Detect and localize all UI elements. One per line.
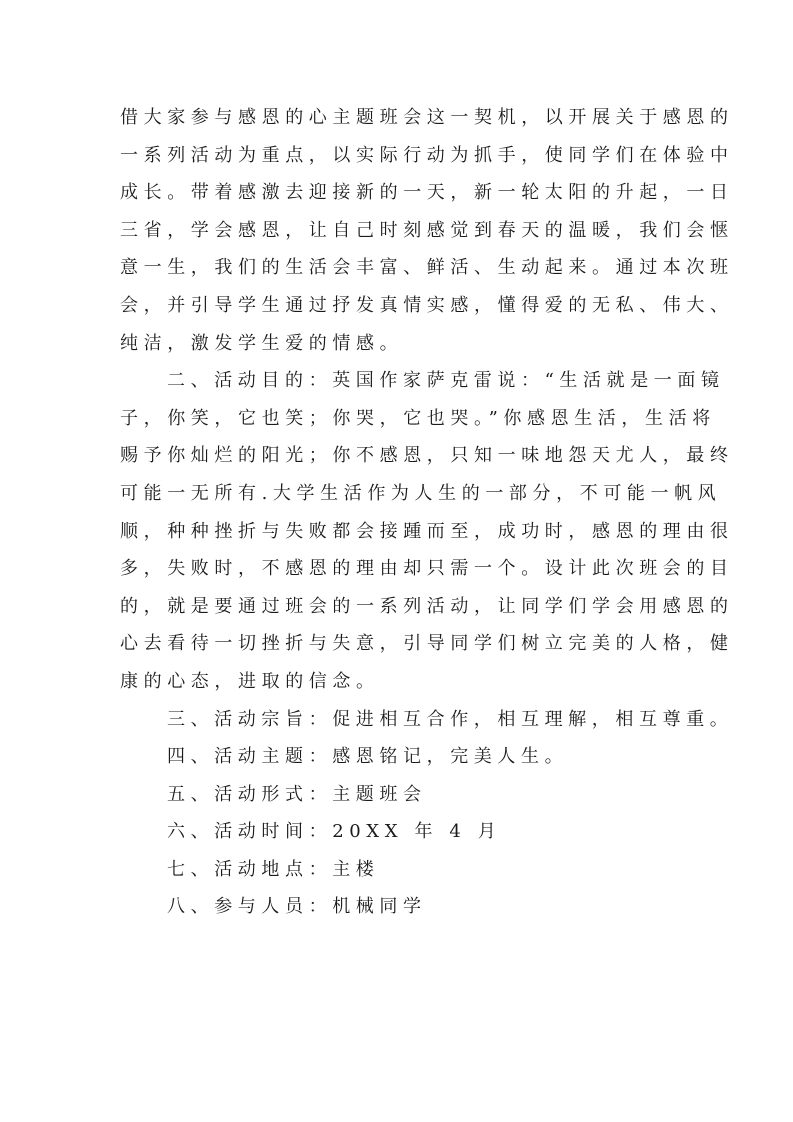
paragraph-line: 三省，学会感恩，让自己时刻感觉到春天的温暖，我们会惬 <box>120 212 676 250</box>
section-location: 七、活动地点：主楼 <box>120 851 676 889</box>
paragraph-line: 子，你笑，它也笑；你哭，它也哭。”你感恩生活，生活将 <box>120 400 676 438</box>
paragraph-line: 康的心态，进取的信念。 <box>120 663 676 701</box>
section-time: 六、活动时间：20XX 年 4 月 <box>120 813 676 851</box>
paragraph-line: 纯洁，激发学生爱的情感。 <box>120 325 676 363</box>
paragraph-line: 一系列活动为重点，以实际行动为抓手，使同学们在体验中 <box>120 137 676 175</box>
document-page: 借大家参与感恩的心主题班会这一契机，以开展关于感恩的 一系列活动为重点，以实际行… <box>120 99 676 926</box>
paragraph-line: 成长。带着感激去迎接新的一天，新一轮太阳的升起，一日 <box>120 174 676 212</box>
section-aim: 三、活动宗旨：促进相互合作，相互理解，相互尊重。 <box>120 701 676 739</box>
paragraph-line: 顺，种种挫折与失败都会接踵而至，成功时，感恩的理由很 <box>120 513 676 551</box>
paragraph-line: 意一生，我们的生活会丰富、鲜活、生动起来。通过本次班 <box>120 249 676 287</box>
section-heading-purpose: 二、活动目的：英国作家萨克雷说：“生活就是一面镜 <box>120 362 676 400</box>
paragraph-line: 心去看待一切挫折与失意，引导同学们树立完美的人格，健 <box>120 625 676 663</box>
paragraph-line: 可能一无所有.大学生活作为人生的一部分，不可能一帆风 <box>120 475 676 513</box>
paragraph-line: 会，并引导学生通过抒发真情实感，懂得爱的无私、伟大、 <box>120 287 676 325</box>
section-theme: 四、活动主题：感恩铭记，完美人生。 <box>120 738 676 776</box>
section-format: 五、活动形式：主题班会 <box>120 776 676 814</box>
section-participants: 八、参与人员：机械同学 <box>120 888 676 926</box>
paragraph-line: 多，失败时，不感恩的理由却只需一个。设计此次班会的目 <box>120 550 676 588</box>
paragraph-line: 借大家参与感恩的心主题班会这一契机，以开展关于感恩的 <box>120 99 676 137</box>
paragraph-line: 赐予你灿烂的阳光；你不感恩，只知一味地怨天尤人，最终 <box>120 437 676 475</box>
paragraph-line: 的，就是要通过班会的一系列活动，让同学们学会用感恩的 <box>120 588 676 626</box>
